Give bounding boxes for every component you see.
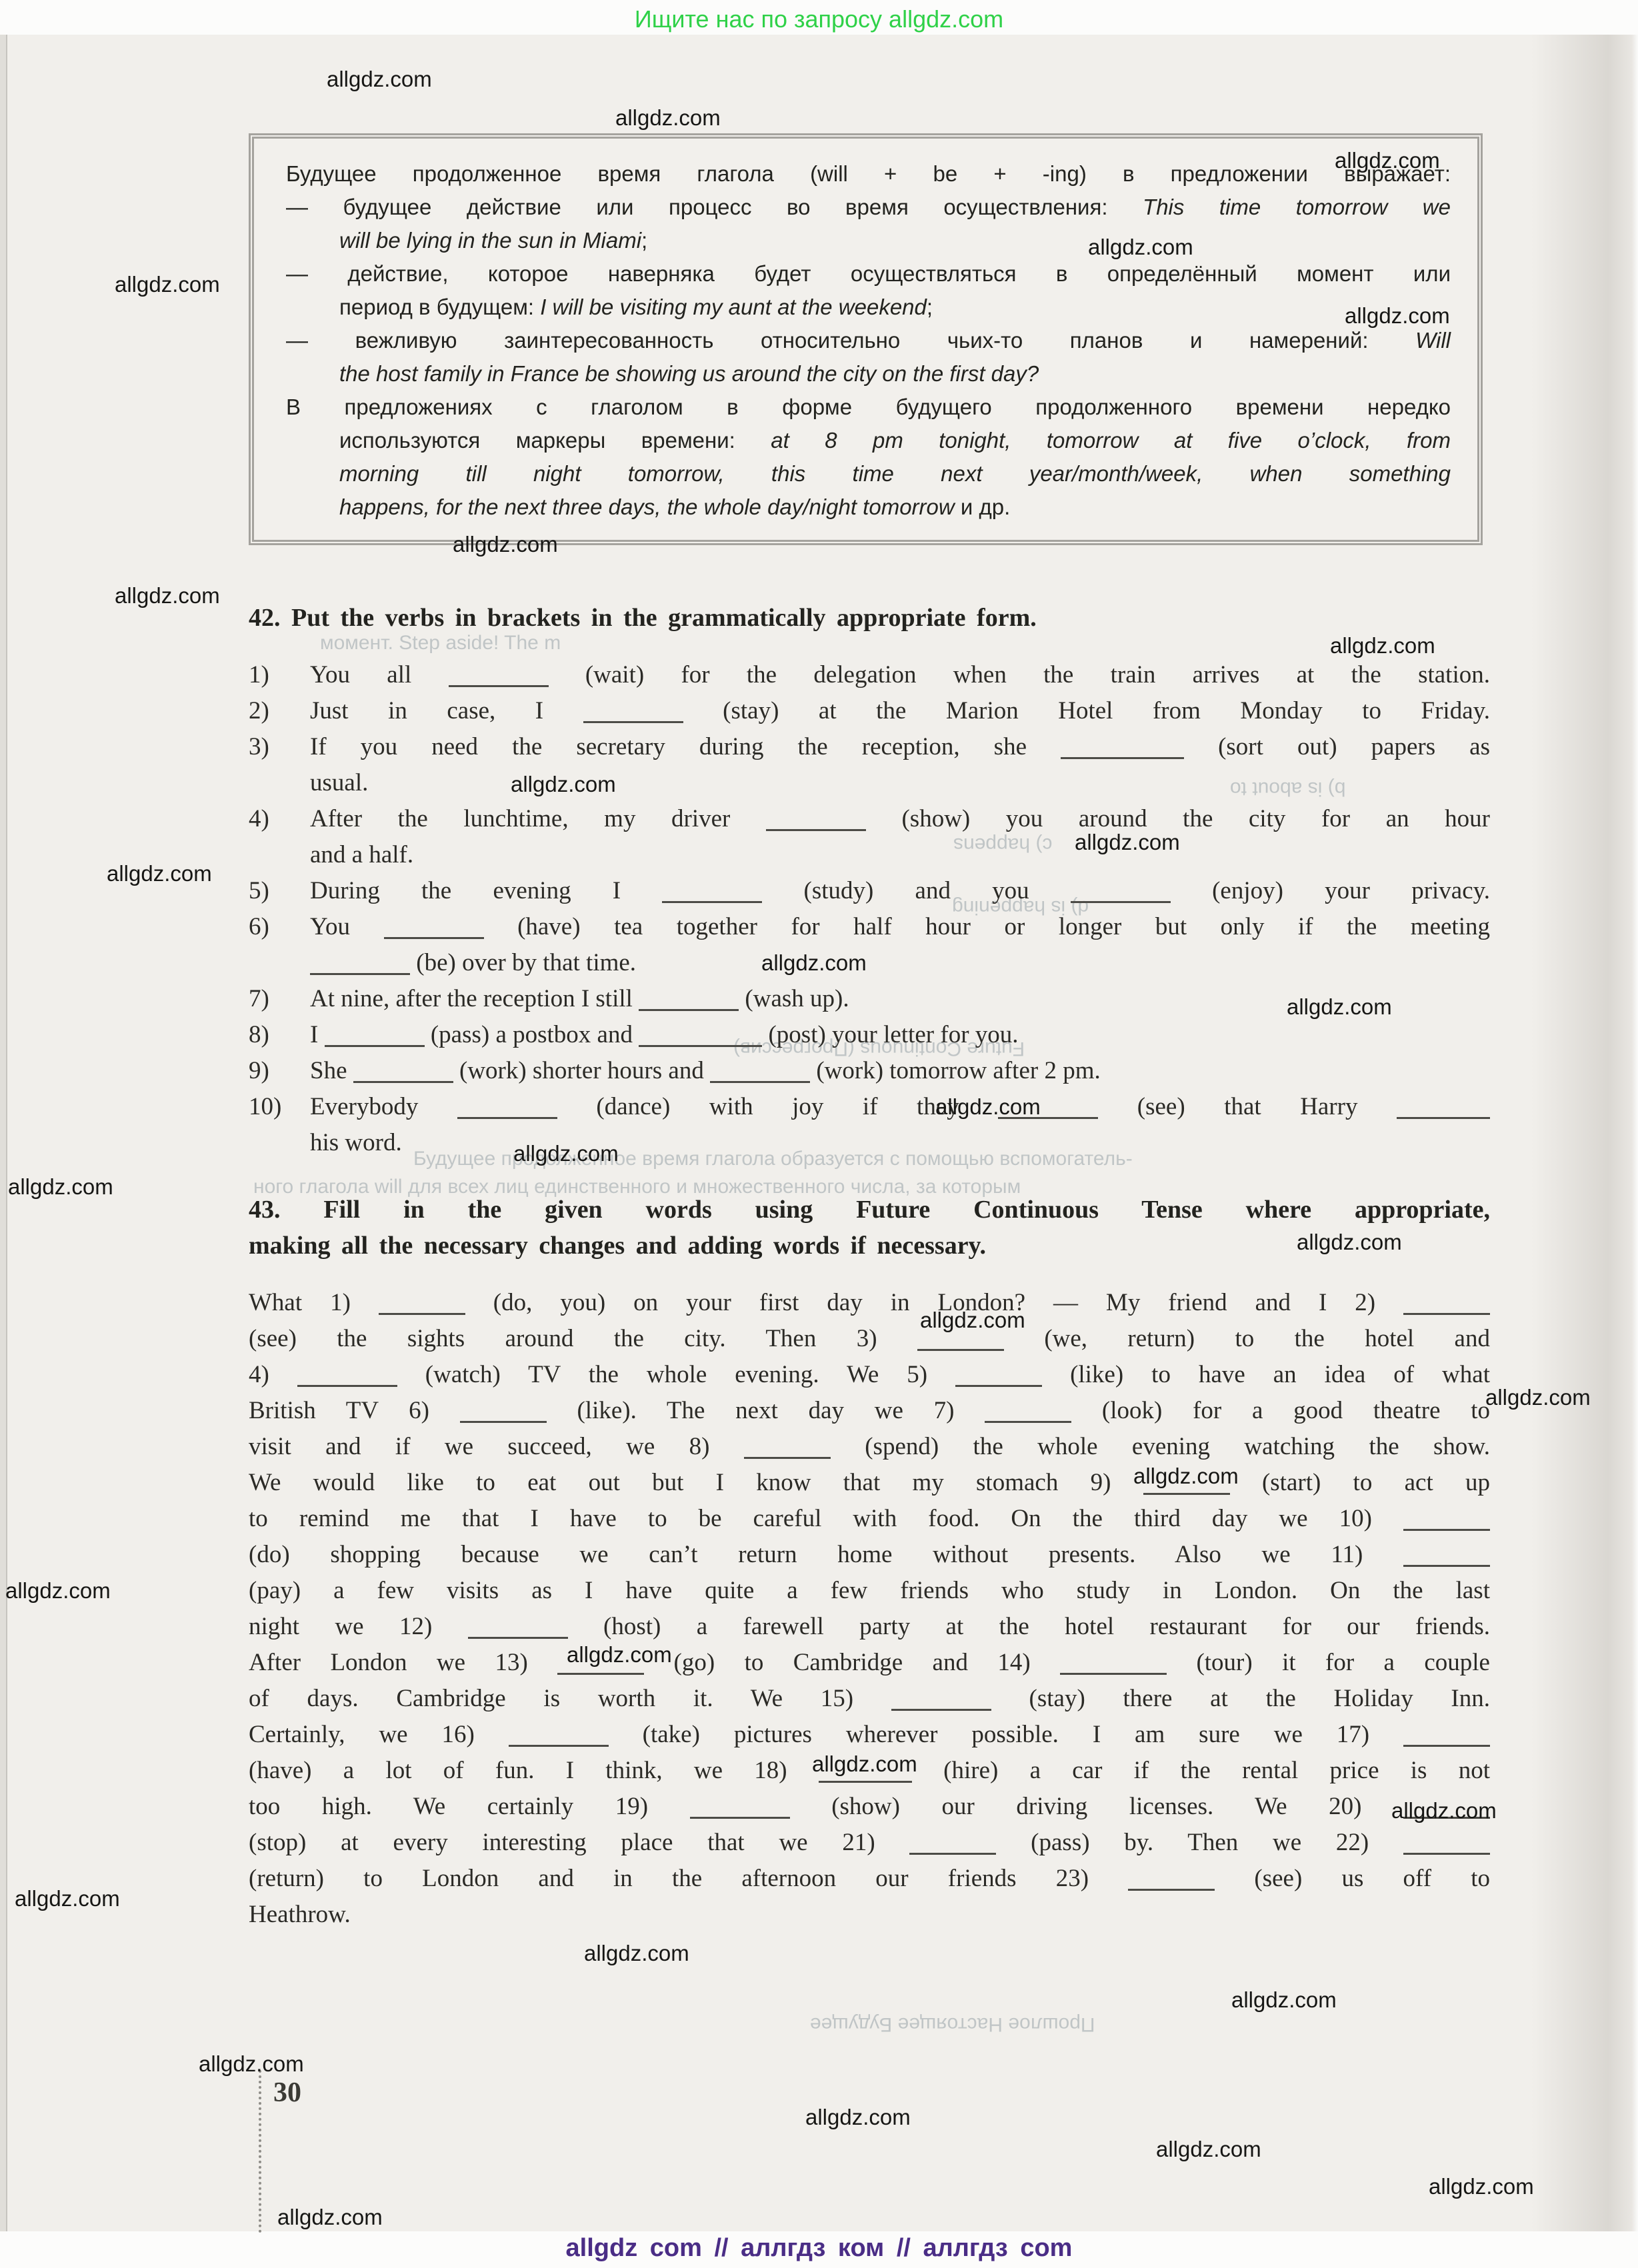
rule-box-line: период в будущем: I will be visiting my … [286,291,1451,324]
paragraph-line: too high. We certainly 19) (show) our dr… [249,1789,1490,1825]
text-segment: (have) a lot of fun. I think, we 18) [249,1757,819,1784]
item-number: 9) [249,1053,269,1089]
watermark: allgdz.com [1345,303,1450,329]
text-segment: (host) a farewell party at the hotel res… [568,1613,1490,1640]
exercise-item: 3)If you need the secretary during the r… [249,729,1490,801]
exercise-43-text: What 1) (do, you) on your first day in L… [249,1285,1490,1933]
text-segment: (we, return) to the hotel and [1004,1325,1490,1352]
exercise-42: 42. Put the verbs in brackets in the gra… [249,600,1490,1161]
text-segment: British TV 6) [249,1397,460,1424]
item-number: 10) [249,1089,281,1125]
watermark: allgdz.com [761,950,867,976]
watermark: allgdz.com [584,1941,689,1966]
watermark: allgdz.com [199,2051,304,2077]
text-segment: Certainly, we 16) [249,1721,509,1748]
text-segment: ; [641,228,647,253]
text-segment: I [310,1021,325,1048]
exercise-line: She (work) shorter hours and (work) tomo… [310,1053,1490,1089]
text-segment: During the evening I [310,877,662,904]
watermark: allgdz.com [1133,1464,1239,1489]
answer-blank [310,953,410,975]
paragraph-line: What 1) (do, you) on your first day in L… [249,1285,1490,1321]
text-segment: at 8 pm tonight, tomorrow at five o’cloc… [771,428,1451,453]
exercise-line: and a half. [310,837,1490,873]
exercise-line: (be) over by that time. [310,945,1490,981]
answer-blank [1061,737,1184,759]
text-segment: happens, for the next three days, the wh… [339,495,955,519]
paragraph-line: (stop) at every interesting place that w… [249,1825,1490,1861]
paragraph-line: (pay) a few visits as I have quite a few… [249,1573,1490,1609]
watermark: allgdz.com [805,2105,911,2130]
exercise-line: Everybody (dance) with joy if they (see)… [310,1089,1490,1125]
watermark: allgdz.com [1231,1987,1337,2013]
text-segment: She [310,1057,353,1084]
answer-blank [985,1401,1071,1423]
watermark: allgdz.com [1485,1385,1591,1410]
watermark: allgdz.com [812,1751,917,1777]
text-segment: 4) [249,1361,297,1388]
exercise-line: I (pass) a postbox and (post) your lette… [310,1017,1490,1053]
watermark: allgdz.com [615,105,721,131]
text-segment: ; [927,295,933,319]
watermark: allgdz.com [1330,633,1435,658]
text-segment: (post) your letter for you. [762,1021,1018,1048]
item-number: 5) [249,873,269,909]
watermark: allgdz.com [1088,235,1193,260]
paragraph-line: (do) shopping because we can’t return ho… [249,1537,1490,1573]
text-segment: visit and if we succeed, we 8) [249,1433,744,1460]
text-segment: используются маркеры времени: [339,428,771,453]
watermark: allgdz.com [8,1174,113,1200]
answer-blank [909,1833,996,1855]
watermark: allgdz.com [277,2205,383,2230]
text-segment: his word. [310,1129,402,1156]
text-segment: (stay) at the Marion Hotel from Monday t… [683,697,1490,724]
paragraph-line: Heathrow. [249,1897,1490,1933]
paragraph-line: visit and if we succeed, we 8) (spend) t… [249,1429,1490,1465]
text-segment: (have) tea together for half hour or lon… [484,913,1490,940]
answer-blank [509,1725,609,1747]
text-segment: Will [1415,328,1451,353]
text-segment: (go) to Cambridge and 14) [644,1649,1060,1676]
watermark: allgdz.com [935,1094,1041,1120]
watermark: allgdz.com [15,1886,120,1911]
text-segment: to remind me that I have to be careful w… [249,1505,1403,1532]
text-segment: Будущее продолженное время глагола (will… [286,161,1451,186]
text-segment: — действие, которое наверняка будет осущ… [286,261,1451,286]
paragraph-line: night we 12) (host) a farewell party at … [249,1609,1490,1645]
exercise-42-title: 42. Put the verbs in brackets in the gra… [249,600,1490,636]
answer-blank [325,1025,425,1047]
page-left-edge [0,35,7,2231]
scanned-textbook-page: Ищите нас по запросу allgdz.com b) had e… [0,0,1638,2268]
text-segment: (watch) TV the whole evening. We 5) [397,1361,955,1388]
answer-blank [766,809,866,831]
text-segment: (do) shopping because we can’t return ho… [249,1541,1403,1568]
watermark: allgdz.com [453,532,558,557]
watermark: allgdz.com [1429,2174,1534,2199]
text-segment: (stay) there at the Holiday Inn. [991,1685,1490,1712]
text-segment: Heathrow. [249,1901,351,1928]
rule-box-line: morning till night tomorrow, this time n… [286,457,1451,491]
answer-blank [1403,1509,1490,1531]
exercise-item: 4)After the lunchtime, my driver (show) … [249,801,1490,873]
answer-blank [744,1437,831,1459]
text-segment: (see) that Harry [1098,1093,1397,1120]
watermark: allgdz.com [1391,1798,1497,1823]
watermark: allgdz.com [1287,994,1392,1020]
answer-blank [583,701,683,723]
page-curl-shadow [1531,35,1638,2231]
answer-blank [449,665,549,687]
text-segment: night we 12) [249,1613,468,1640]
exercise-item: 10)Everybody (dance) with joy if they (s… [249,1089,1490,1161]
watermark: allgdz.com [115,272,220,297]
rule-box-line: — вежливую заинтересованность относитель… [286,324,1451,357]
page-margin-rule [259,2070,261,2233]
answer-blank [468,1617,568,1639]
watermark: allgdz.com [1297,1230,1402,1255]
text-segment: of days. Cambridge is worth it. We 15) [249,1685,891,1712]
watermark: allgdz.com [5,1578,111,1604]
text-segment: В предложениях с глаголом в форме будуще… [286,395,1451,419]
paragraph-line: (return) to London and in the afternoon … [249,1861,1490,1897]
exercise-line: You (have) tea together for half hour or… [310,909,1490,945]
exercise-line: You all (wait) for the delegation when t… [310,657,1490,693]
text-segment: too high. We certainly 19) [249,1793,690,1820]
answer-blank [1071,881,1171,903]
answer-blank [353,1061,453,1083]
paragraph-line: British TV 6) (like). The next day we 7)… [249,1393,1490,1429]
grammar-rule-box: Будущее продолженное время глагола (will… [249,133,1483,545]
page-number: 30 [273,2077,301,2109]
exercise-item: 1)You all (wait) for the delegation when… [249,657,1490,693]
item-number: 4) [249,801,269,837]
item-number: 1) [249,657,269,693]
paragraph-line: of days. Cambridge is worth it. We 15) (… [249,1681,1490,1717]
text-segment: и др. [955,495,1011,519]
text-segment: (look) for a good theatre to [1071,1397,1490,1424]
bleedthrough-text: Прошлое Настоящее Будущее [810,2013,1095,2035]
text-segment: (return) to London and in the afternoon … [249,1865,1128,1892]
answer-blank [1403,1545,1490,1567]
answer-blank [662,881,762,903]
answer-blank [639,989,739,1011]
answer-blank [384,917,484,939]
exercise-43: 43. Fill in the given words using Future… [249,1192,1490,1933]
answer-blank [955,1365,1042,1387]
answer-blank [1397,1097,1490,1119]
rule-box-line: happens, for the next three days, the wh… [286,491,1451,524]
rule-box-line: — действие, которое наверняка будет осущ… [286,257,1451,291]
exercise-line: During the evening I (study) and you (en… [310,873,1490,909]
text-segment: (enjoy) your privacy. [1171,877,1490,904]
watermark: allgdz.com [327,67,432,92]
text-segment: morning till night tomorrow, this time n… [339,461,1451,486]
text-segment: (pay) a few visits as I have quite a few… [249,1577,1490,1604]
text-segment: (dance) with joy if they [557,1093,998,1120]
item-number: 3) [249,729,269,765]
text-segment: (show) you around the city for an hour [866,805,1490,832]
text-segment: (tour) it for a couple [1167,1649,1490,1676]
text-segment: We would like to eat out but I know that… [249,1469,1143,1496]
exercise-line: After the lunchtime, my driver (show) yo… [310,801,1490,837]
watermark: allgdz.com [115,583,220,608]
paragraph-line: We would like to eat out but I know that… [249,1465,1490,1501]
text-segment: (stop) at every interesting place that w… [249,1829,909,1856]
text-segment: — вежливую заинтересованность относитель… [286,328,1415,353]
rule-box-line: В предложениях с глаголом в форме будуще… [286,391,1451,424]
answer-blank [379,1293,465,1315]
rule-box-line: will be lying in the sun in Miami; [286,224,1451,257]
paragraph-line: After London we 13) (go) to Cambridge an… [249,1645,1490,1681]
rule-box-line: the host family in France be showing us … [286,357,1451,391]
text-segment: will be lying in the sun in Miami [339,228,641,253]
text-segment: (spend) the whole evening watching the s… [831,1433,1490,1460]
answer-blank [297,1365,397,1387]
answer-blank [639,1025,762,1047]
text-segment: and a half. [310,841,413,868]
text-segment: After London we 13) [249,1649,557,1676]
text-segment: the host family in France be showing us … [339,361,1039,386]
rule-box-line: Будущее продолженное время глагола (will… [286,157,1451,191]
text-segment: (pass) a postbox and [425,1021,639,1048]
text-segment: (wait) for the delegation when the train… [549,661,1490,688]
paragraph-line: to remind me that I have to be careful w… [249,1501,1490,1537]
text-segment: Just in case, I [310,697,583,724]
watermark: allgdz.com [513,1141,619,1166]
text-segment: I will be visiting my aunt at the weeken… [540,295,927,319]
text-segment: You all [310,661,449,688]
exercise-item: 2)Just in case, I (stay) at the Marion H… [249,693,1490,729]
answer-blank [891,1689,991,1711]
item-number: 2) [249,693,269,729]
text-segment: (work) shorter hours and [453,1057,710,1084]
exercise-line: Just in case, I (stay) at the Marion Hot… [310,693,1490,729]
text-segment: (like). The next day we 7) [547,1397,985,1424]
text-segment: (take) pictures wherever possible. I am … [609,1721,1403,1748]
watermark: allgdz.com [920,1308,1025,1333]
watermark: allgdz.com [567,1642,672,1668]
text-segment: (start) to act up [1230,1469,1490,1496]
exercise-item: 5)During the evening I (study) and you (… [249,873,1490,909]
answer-blank [1403,1725,1490,1747]
text-segment: (like) to have an idea of what [1042,1361,1490,1388]
text-segment: You [310,913,384,940]
text-segment: (work) tomorrow after 2 pm. [810,1057,1101,1084]
site-footer-text: allgdz com // аллгдз ком // аллгдз com [0,2234,1638,2263]
rule-box-line: — будущее действие или процесс во время … [286,191,1451,224]
text-segment: (hire) a car if the rental price is not [912,1757,1490,1784]
answer-blank [690,1797,790,1819]
exercise-line: usual. [310,765,1490,801]
paragraph-line: 4) (watch) TV the whole evening. We 5) (… [249,1357,1490,1393]
watermark: allgdz.com [1075,830,1180,855]
answer-blank [457,1097,557,1119]
text-segment: период в будущем: [339,295,540,319]
answer-blank [1128,1869,1215,1891]
answer-blank [1403,1833,1490,1855]
answer-blank [1060,1653,1167,1675]
paragraph-line: (see) the sights around the city. Then 3… [249,1321,1490,1357]
rule-box-line: используются маркеры времени: at 8 pm to… [286,424,1451,457]
text-segment: What 1) [249,1289,379,1316]
exercise-line: his word. [310,1125,1490,1161]
text-segment: — будущее действие или процесс во время … [286,195,1143,219]
exercise-item: 8)I (pass) a postbox and (post) your let… [249,1017,1490,1053]
exercise-item: 6)You (have) tea together for half hour … [249,909,1490,981]
watermark: allgdz.com [107,861,212,886]
answer-blank [1403,1293,1490,1315]
text-segment: (study) and you [762,877,1071,904]
text-segment: After the lunchtime, my driver [310,805,766,832]
answer-blank [710,1061,810,1083]
exercise-42-items: 1)You all (wait) for the delegation when… [249,657,1490,1161]
item-number: 7) [249,981,269,1017]
text-segment: usual. [310,769,368,796]
exercise-item: 9)She (work) shorter hours and (work) to… [249,1053,1490,1089]
text-segment: Everybody [310,1093,457,1120]
text-segment: (wash up). [739,985,849,1012]
watermark: allgdz.com [511,772,616,797]
text-segment: (see) the sights around the city. Then 3… [249,1325,917,1352]
text-segment: (pass) by. Then we 22) [996,1829,1403,1856]
item-number: 8) [249,1017,269,1053]
exercise-title-line: 43. Fill in the given words using Future… [249,1192,1490,1228]
text-segment: (sort out) papers as [1184,733,1490,760]
text-segment: (show) our driving licenses. We 20) [790,1793,1403,1820]
paragraph-line: Certainly, we 16) (take) pictures wherev… [249,1717,1490,1753]
text-segment: At nine, after the reception I still [310,985,639,1012]
answer-blank [460,1401,547,1423]
watermark: allgdz.com [1335,148,1440,173]
text-segment: (see) us off to [1215,1865,1490,1892]
watermark: allgdz.com [1156,2137,1261,2162]
site-promo-header: Ищите нас по запросу allgdz.com [0,5,1638,33]
exercise-line: If you need the secretary during the rec… [310,729,1490,765]
item-number: 6) [249,909,269,945]
text-segment: This time tomorrow we [1143,195,1451,219]
text-segment: If you need the secretary during the rec… [310,733,1061,760]
text-segment: (be) over by that time. [410,949,636,976]
